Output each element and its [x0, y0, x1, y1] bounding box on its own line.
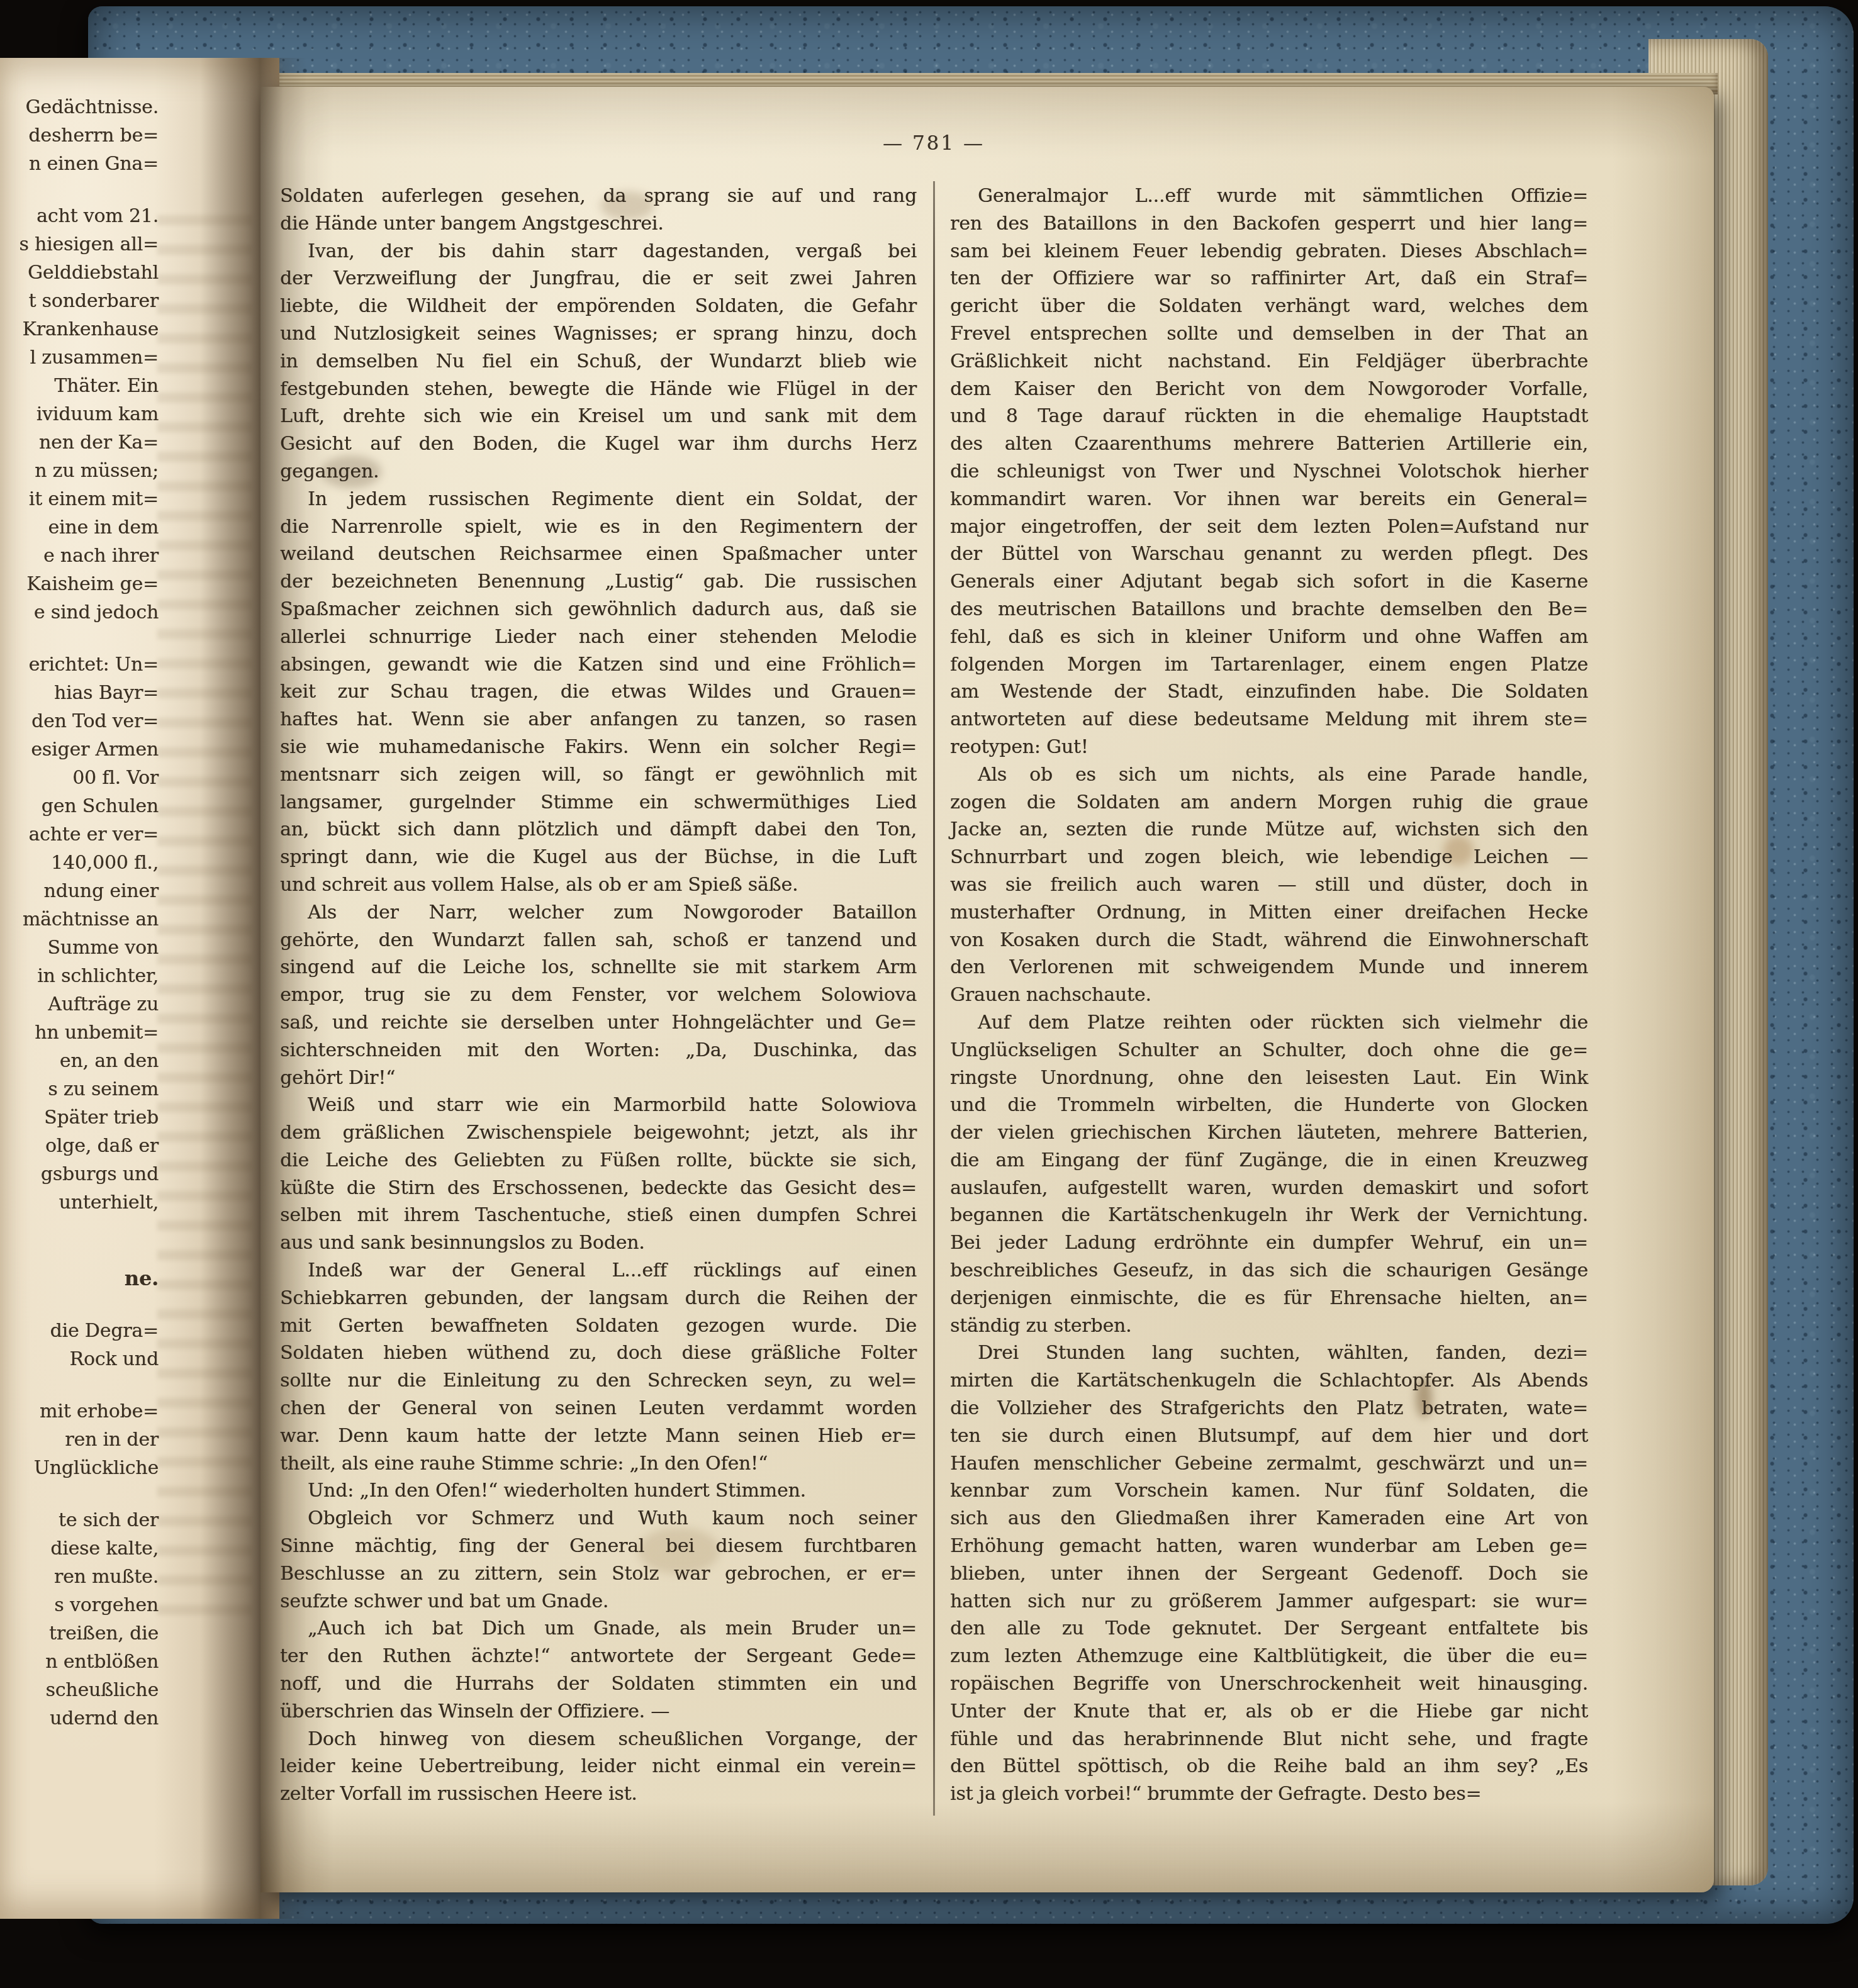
- text-line: Soldaten auferlegen gesehen, da sprang s…: [280, 182, 917, 210]
- text-line: haftes hat. Wenn sie aber anfangen zu ta…: [280, 706, 917, 734]
- text-line: fehl, daß es sich in kleiner Uniform und…: [950, 623, 1588, 651]
- text-line: gegangen.: [280, 458, 917, 486]
- text-line: Als der Narr, welcher zum Nowgoroder Bat…: [280, 899, 917, 927]
- text-line: und 8 Tage darauf rückten in die ehemali…: [950, 403, 1588, 430]
- text-line: Schnurrbart und zogen bleich, wie lebend…: [950, 844, 1588, 871]
- text-line: am Westende der Stadt, einzufinden habe.…: [950, 678, 1588, 706]
- cutoff-text-fragment: s vorgehen: [0, 1591, 159, 1619]
- text-line: Haufen menschlicher Gebeine zermalmt, ge…: [950, 1450, 1588, 1478]
- text-line: Auf dem Platze reihten oder rückten sich…: [950, 1009, 1588, 1037]
- text-line: Grauen nachschaute.: [950, 981, 1588, 1009]
- text-line: Indeß war der General L...eff rücklings …: [280, 1257, 917, 1285]
- cutoff-text-fragment: ne.: [0, 1265, 159, 1293]
- cutoff-text-fragment: en, an den: [0, 1047, 159, 1075]
- text-line: des alten Czaarenthums mehrere Batterien…: [950, 430, 1588, 458]
- text-line: mentsnarr sich zeigen will, so fängt er …: [280, 761, 917, 789]
- cutoff-text-fragment: desherrn be=: [0, 121, 159, 150]
- text-line: küßte die Stirn des Erschossenen, bedeck…: [280, 1175, 917, 1202]
- text-line: sich aus den Gliedmaßen ihrer Kameraden …: [950, 1505, 1588, 1533]
- text-line: Jacke an, sezten die runde Mütze auf, wi…: [950, 816, 1588, 844]
- text-line: Frevel entsprechen sollte und demselben …: [950, 320, 1588, 348]
- cutoff-text-fragment: e nach ihrer: [0, 542, 159, 570]
- text-line: zogen die Soldaten am andern Morgen ruhi…: [950, 789, 1588, 817]
- text-line: auslaufen, aufgestellt waren, wurden dem…: [950, 1175, 1588, 1202]
- text-line: Sinne mächtig, fing der General bei dies…: [280, 1533, 917, 1560]
- text-line: der bezeichneten Benennung „Lustig“ gab.…: [280, 568, 917, 596]
- cutoff-text-fragment: 140,000 fl.,: [0, 849, 159, 877]
- cutoff-text-fragment: den Tod ver=: [0, 707, 159, 735]
- paragraph: Doch hinweg von diesem scheußlichen Vorg…: [280, 1726, 917, 1808]
- cutoff-text-fragment: achte er ver=: [0, 820, 159, 849]
- column-divider-rule: [933, 181, 935, 1816]
- cutoff-text-fragment: Aufträge zu: [0, 990, 159, 1019]
- text-line: Doch hinweg von diesem scheußlichen Vorg…: [280, 1726, 917, 1753]
- paragraph: Weiß und starr wie ein Marmorbild hatte …: [280, 1092, 917, 1257]
- text-line: blieben, unter ihnen der Sergeant Gedeno…: [950, 1560, 1588, 1588]
- cutoff-text-fragment: n einen Gna=: [0, 150, 159, 178]
- cutoff-text-fragment: te sich der: [0, 1506, 159, 1534]
- text-line: mit Gerten bewaffneten Soldaten gezogen …: [280, 1312, 917, 1340]
- text-line: die Narrenrolle spielt, wie es in den Re…: [280, 513, 917, 541]
- text-line: und schreit aus vollem Halse, als ob er …: [280, 871, 917, 899]
- text-line: gehört Dir!“: [280, 1064, 917, 1092]
- text-line: chen der General von seinen Leuten verda…: [280, 1395, 917, 1422]
- text-line: Spaßmacher zeichnen sich gewöhnlich dadu…: [280, 596, 917, 623]
- text-line: musterhafter Ordnung, in Mitten einer dr…: [950, 899, 1588, 927]
- text-line: kommandirt waren. Vor ihnen war bereits …: [950, 486, 1588, 513]
- cutoff-text-fragment: it einem mit=: [0, 485, 159, 513]
- text-line: Erhöhung gemacht hatten, waren wunderbar…: [950, 1533, 1588, 1560]
- text-line: Unglückseligen Schulter an Schulter, doc…: [950, 1037, 1588, 1064]
- text-line: Bei jeder Ladung erdröhnte ein dumpfer W…: [950, 1229, 1588, 1257]
- text-line: antworteten auf diese bedeutsame Meldung…: [950, 706, 1588, 734]
- text-line: ter den Ruthen ächzte!“ antwortete der S…: [280, 1643, 917, 1670]
- book-page: — 781 — Soldaten auferlegen gesehen, da …: [260, 87, 1714, 1892]
- text-line: ten der Offiziere war so raffinirter Art…: [950, 265, 1588, 293]
- text-line: sam bei kleinem Feuer lebendig gebraten.…: [950, 238, 1588, 265]
- text-line: saß, und reichte sie derselben unter Hoh…: [280, 1009, 917, 1037]
- text-line: Soldaten hieben wüthend zu, doch diese g…: [280, 1339, 917, 1367]
- text-line: und die Trommeln wirbelten, die Hunderte…: [950, 1092, 1588, 1119]
- cutoff-text-fragment: die Degra=: [0, 1317, 159, 1345]
- text-line: ren des Bataillons in den Backofen gespe…: [950, 210, 1588, 238]
- text-line: Weiß und starr wie ein Marmorbild hatte …: [280, 1092, 917, 1119]
- text-line: den Büttel spöttisch, ob die Reihe bald …: [950, 1753, 1588, 1780]
- text-line: aus und sank besinnungslos zu Boden.: [280, 1229, 917, 1257]
- cutoff-text-fragment: in schlichter,: [0, 962, 159, 990]
- text-line: selben mit ihrem Taschentuche, stieß ein…: [280, 1202, 917, 1229]
- cutoff-text-fragment: Krankenhause: [0, 315, 159, 343]
- fragment-gap: [0, 627, 159, 651]
- text-line: Schiebkarren gebunden, der langsam durch…: [280, 1285, 917, 1312]
- text-line: folgenden Morgen im Tartarenlager, einem…: [950, 651, 1588, 679]
- text-line: hatten sich nur zu größerem Jammer aufge…: [950, 1588, 1588, 1616]
- text-line: derjenigen einmischte, die es für Ehrens…: [950, 1285, 1588, 1312]
- cutoff-text-fragment: mächtnisse an: [0, 905, 159, 934]
- text-line: Unter der Knute that er, als ob er die H…: [950, 1698, 1588, 1726]
- text-line: der vielen griechischen Kirchen läuteten…: [950, 1119, 1588, 1147]
- paragraph: „Auch ich bat Dich um Gnade, als mein Br…: [280, 1615, 917, 1725]
- text-line: Gräßlichkeit nicht nachstand. Ein Feldjä…: [950, 348, 1588, 376]
- cutoff-text-fragment: erichtet: Un=: [0, 651, 159, 679]
- cutoff-text-fragment: Später trieb: [0, 1103, 159, 1132]
- text-line: Als ob es sich um nichts, als eine Parad…: [950, 761, 1588, 789]
- cutoff-text-fragment: Unglückliche: [0, 1454, 159, 1482]
- text-line: theilt, als eine rauhe Stimme schrie: „I…: [280, 1450, 917, 1478]
- text-line: Luft, drehte sich wie ein Kreisel um und…: [280, 403, 917, 430]
- text-line: „Auch ich bat Dich um Gnade, als mein Br…: [280, 1615, 917, 1643]
- paragraph: Obgleich vor Schmerz und Wuth kaum noch …: [280, 1505, 917, 1615]
- text-line: absingen, gewandt wie die Katzen sind un…: [280, 651, 917, 679]
- cutoff-text-fragment: eine in dem: [0, 513, 159, 542]
- cutoff-text-fragment: nen der Ka=: [0, 428, 159, 457]
- cutoff-text-fragment: hias Bayr=: [0, 679, 159, 707]
- text-line: gehörte, den Wundarzt fallen sah, schoß …: [280, 927, 917, 954]
- text-column-left: Soldaten auferlegen gesehen, da sprang s…: [280, 182, 917, 1813]
- text-line: Obgleich vor Schmerz und Wuth kaum noch …: [280, 1505, 917, 1533]
- text-line: in demselben Nu fiel ein Schuß, der Wund…: [280, 348, 917, 376]
- cutoff-text-fragment: esiger Armen: [0, 735, 159, 764]
- text-line: der Büttel von Warschau genannt zu werde…: [950, 540, 1588, 568]
- text-line: von Kosaken durch die Stadt, während die…: [950, 927, 1588, 954]
- text-line: die schleunigst von Twer und Nyschnei Vo…: [950, 458, 1588, 486]
- text-line: ständig zu sterben.: [950, 1312, 1588, 1340]
- cutoff-text-fragment: Summe von: [0, 934, 159, 962]
- text-line: langsamer, gurgelnder Stimme ein schwerm…: [280, 789, 917, 817]
- text-line: weiland deutschen Reichsarmee einen Spaß…: [280, 540, 917, 568]
- text-line: und Nutzlosigkeit seines Wagnisses; er s…: [280, 320, 917, 348]
- cutoff-text-fragment: hn unbemit=: [0, 1019, 159, 1047]
- text-line: ten sie durch einen Blutsumpf, auf dem h…: [950, 1422, 1588, 1450]
- cutoff-text-fragment: ndung einer: [0, 877, 159, 905]
- cutoff-text-fragment: acht vom 21.: [0, 202, 159, 230]
- text-line: springt dann, wie die Kugel aus der Büch…: [280, 844, 917, 871]
- cutoff-text-fragment: t sonderbarer: [0, 287, 159, 315]
- show-through-texture: [157, 215, 252, 1631]
- text-line: In jedem russischen Regimente dient ein …: [280, 486, 917, 513]
- text-line: ringste Unordnung, ohne den leisesten La…: [950, 1064, 1588, 1092]
- cutoff-text-fragment: unterhielt,: [0, 1188, 159, 1217]
- cutoff-text-fragment: udernd den: [0, 1704, 159, 1733]
- fragment-gap: [0, 178, 159, 202]
- text-line: den Verlorenen mit schweigendem Munde un…: [950, 954, 1588, 981]
- cutoff-text-fragment: olge, daß er: [0, 1132, 159, 1160]
- paragraph: In jedem russischen Regimente dient ein …: [280, 486, 917, 899]
- text-line: überschrien das Winseln der Offiziere. —: [280, 1698, 917, 1726]
- text-line: singend auf die Leiche los, schnellte si…: [280, 954, 917, 981]
- text-line: den alle zu Tode geknutet. Der Sergeant …: [950, 1615, 1588, 1643]
- text-line: reotypen: Gut!: [950, 734, 1588, 761]
- text-line: sie wie muhamedanische Fakirs. Wenn ein …: [280, 734, 917, 761]
- cutoff-text-fragment: ren mußte.: [0, 1563, 159, 1591]
- paragraph: Ivan, der bis dahin starr dagestanden, v…: [280, 238, 917, 486]
- paragraph: Soldaten auferlegen gesehen, da sprang s…: [280, 182, 917, 238]
- cutoff-text-fragment: diese kalte,: [0, 1534, 159, 1563]
- paragraph: Drei Stunden lang suchten, wählten, fand…: [950, 1339, 1588, 1808]
- text-line: gericht über die Soldaten verhängt ward,…: [950, 293, 1588, 320]
- text-line: die Leiche des Geliebten zu Füßen rollte…: [280, 1147, 917, 1175]
- fragment-gap: [0, 1241, 159, 1265]
- cutoff-text-fragment: n zu müssen;: [0, 457, 159, 485]
- cutoff-text-fragment: l zusammen=: [0, 343, 159, 372]
- text-line: Ivan, der bis dahin starr dagestanden, v…: [280, 238, 917, 265]
- cutoff-text-fragment: scheußliche: [0, 1676, 159, 1704]
- text-line: dem Kaiser den Bericht von dem Nowgorode…: [950, 376, 1588, 403]
- text-line: Generals einer Adjutant begab sich sofor…: [950, 568, 1588, 596]
- text-column-right: Generalmajor L...eff wurde mit sämmtlich…: [950, 182, 1588, 1813]
- cutoff-text-fragment: Gelddiebstahl: [0, 259, 159, 287]
- text-line: keit zur Schau tragen, die etwas Wildes …: [280, 678, 917, 706]
- text-line: sichterschneiden mit den Worten: „Da, Du…: [280, 1037, 917, 1064]
- text-line: begannen die Kartätschenkugeln ihr Werk …: [950, 1202, 1588, 1229]
- cutoff-text-fragment: treißen, die: [0, 1619, 159, 1648]
- text-line: leider keine Uebertreibung, leider nicht…: [280, 1753, 917, 1780]
- cutoff-text-fragment: e sind jedoch: [0, 598, 159, 627]
- text-line: kennbar zum Vorschein kamen. Nur fünf So…: [950, 1477, 1588, 1505]
- text-line: empor, trug sie zu dem Fenster, vor welc…: [280, 981, 917, 1009]
- text-line: noff, und die Hurrahs der Soldaten stimm…: [280, 1670, 917, 1698]
- page-number: — 781 —: [279, 132, 1588, 155]
- cutoff-text-fragment: mit erhobe=: [0, 1397, 159, 1426]
- cutoff-text-fragment: Kaisheim ge=: [0, 570, 159, 598]
- text-line: der Verzweiflung der Jungfrau, die er se…: [280, 265, 917, 293]
- text-line: seufzte schwer und bat um Gnade.: [280, 1588, 917, 1616]
- cutoff-text-fragment: Gedächtnisse.: [0, 93, 159, 121]
- text-line: liebte, die Wildheit der empörenden Sold…: [280, 293, 917, 320]
- text-line: zum lezten Athemzuge eine Kaltblütigkeit…: [950, 1643, 1588, 1670]
- text-line: festgebunden stehen, bewegte die Hände w…: [280, 376, 917, 403]
- cutoff-text-fragment: gen Schulen: [0, 792, 159, 820]
- fragment-gap: [0, 1217, 159, 1241]
- cutoff-text-column: Gedächtnisse.desherrn be=n einen Gna=ach…: [0, 93, 159, 1733]
- text-line: zelter Vorfall im russischen Heere ist.: [280, 1780, 917, 1808]
- book-scan-photo: Gedächtnisse.desherrn be=n einen Gna=ach…: [0, 0, 1858, 1988]
- cutoff-text-fragment: gsburgs und: [0, 1160, 159, 1188]
- paragraph: Als der Narr, welcher zum Nowgoroder Bat…: [280, 899, 917, 1092]
- text-line: war. Denn kaum hatte der letzte Mann sei…: [280, 1422, 917, 1450]
- text-line: Beschlusse an zu zittern, sein Stolz war…: [280, 1560, 917, 1588]
- text-line: ropäischen Begriffe von Unerschrockenhei…: [950, 1670, 1588, 1698]
- cutoff-text-fragment: ividuum kam: [0, 400, 159, 428]
- cutoff-text-fragment: s hiesigen all=: [0, 230, 159, 259]
- cutoff-text-fragment: 00 fl. Vor: [0, 764, 159, 792]
- cutoff-text-fragment: s zu seinem: [0, 1075, 159, 1103]
- text-line: major eingetroffen, der seit dem lezten …: [950, 513, 1588, 541]
- text-line: an, bückt sich dann plötzlich und dämpft…: [280, 816, 917, 844]
- fragment-gap: [0, 1293, 159, 1317]
- text-line: die Hände unter bangem Angstgeschrei.: [280, 210, 917, 238]
- cutoff-text-fragment: ren in der: [0, 1426, 159, 1454]
- paragraph: Generalmajor L...eff wurde mit sämmtlich…: [950, 182, 1588, 761]
- text-line: dem gräßlichen Zwischenspiele beigewohnt…: [280, 1119, 917, 1147]
- text-line: Generalmajor L...eff wurde mit sämmtlich…: [950, 182, 1588, 210]
- previous-page-partial: Gedächtnisse.desherrn be=n einen Gna=ach…: [0, 58, 279, 1919]
- text-line: sollte nur die Einleitung zu den Schreck…: [280, 1367, 917, 1395]
- fragment-gap: [0, 1482, 159, 1506]
- text-line: beschreibliches Geseufz, in das sich die…: [950, 1257, 1588, 1285]
- cutoff-text-fragment: Rock und: [0, 1345, 159, 1373]
- text-line: Drei Stunden lang suchten, wählten, fand…: [950, 1339, 1588, 1367]
- cutoff-text-fragment: n entblößen: [0, 1648, 159, 1676]
- text-line: was sie freilich auch waren — still und …: [950, 871, 1588, 899]
- cutoff-text-fragment: Thäter. Ein: [0, 372, 159, 400]
- paragraph: Indeß war der General L...eff rücklings …: [280, 1257, 917, 1477]
- text-line: die am Eingang der fünf Zugänge, die in …: [950, 1147, 1588, 1175]
- text-line: ist ja gleich vorbei!“ brummte der Gefra…: [950, 1780, 1588, 1808]
- fragment-gap: [0, 1373, 159, 1397]
- text-line: die Vollzieher des Strafgerichts den Pla…: [950, 1395, 1588, 1422]
- paragraph: Als ob es sich um nichts, als eine Parad…: [950, 761, 1588, 1009]
- text-line: fühle und das herabrinnende Blut nicht s…: [950, 1726, 1588, 1753]
- text-line: mirten die Kartätschenkugeln die Schlach…: [950, 1367, 1588, 1395]
- text-line: des meutrischen Bataillons und brachte d…: [950, 596, 1588, 623]
- paragraph: Auf dem Platze reihten oder rückten sich…: [950, 1009, 1588, 1340]
- text-line: allerlei schnurrige Lieder nach einer st…: [280, 623, 917, 651]
- paragraph: Und: „In den Ofen!“ wiederholten hundert…: [280, 1477, 917, 1505]
- text-line: Und: „In den Ofen!“ wiederholten hundert…: [280, 1477, 917, 1505]
- text-line: Gesicht auf den Boden, die Kugel war ihm…: [280, 430, 917, 458]
